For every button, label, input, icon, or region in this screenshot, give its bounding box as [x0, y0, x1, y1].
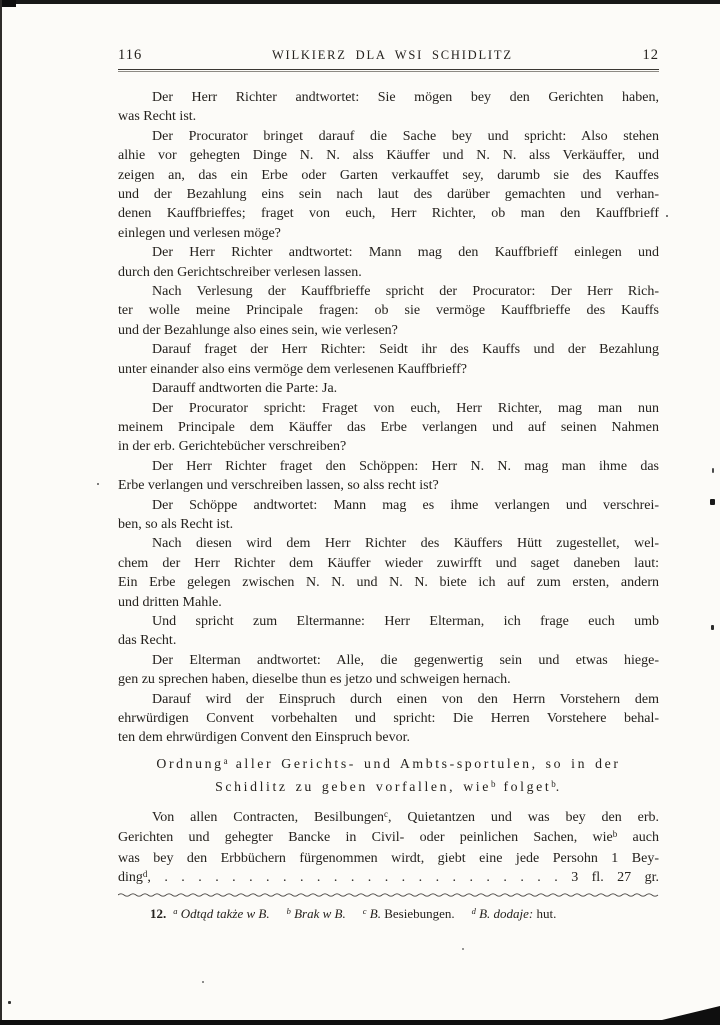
footnote-marker: a — [173, 906, 177, 916]
text-line: Der Procurator bringet darauf die Sache … — [118, 127, 659, 146]
footnote-marker: d — [472, 906, 476, 916]
text-line: dingd, . . . . . . . . . . . . . . . . .… — [118, 868, 659, 888]
scan-speck — [97, 483, 99, 485]
text-line: chem der Herr Richter dem Käuffer wieder… — [118, 554, 659, 573]
header-rule — [118, 69, 659, 72]
scan-edge-left — [0, 0, 2, 1025]
text-line: das Recht. — [118, 631, 659, 650]
page-header: 116 WILKIERZ DLA WSI SCHIDLITZ 12 — [118, 47, 659, 64]
footnote-item: d B. dodaje: hut. — [472, 906, 557, 921]
text-line: Der Herr Richter andtwortet: Sie mögen b… — [118, 88, 659, 107]
text-line: Erbe verlangen und verschreiben lassen, … — [118, 476, 659, 495]
text-line: Gerichten und gehegter Bancke in Civil- … — [118, 828, 659, 848]
paragraph: Darauff andtworten die Parte: Ja. — [118, 379, 659, 398]
page-number-left: 116 — [118, 47, 142, 64]
footnote-marker: d — [143, 869, 148, 879]
footnote-marker: b — [491, 779, 496, 789]
paragraph: Der Herr Richter andtwortet: Mann mag de… — [118, 243, 659, 282]
text-line: Der Schöppe andtwortet: Mann mag es ihme… — [118, 496, 659, 515]
footnote-items: a Odtąd także w B.b Brak w B.c B. Besieb… — [173, 906, 573, 921]
footnote-item: c B. Besiebungen. — [363, 906, 455, 921]
text-line: was Recht ist. — [118, 107, 659, 126]
text-line: Nach Verlesung der Kauffbrieffe spricht … — [118, 282, 659, 301]
text-line: ben, so als Recht ist. — [118, 515, 659, 534]
text-line: Darauf fraget der Herr Richter: Seidt ih… — [118, 340, 659, 359]
scan-speck — [711, 625, 714, 630]
footnote-marker: b — [287, 906, 291, 916]
scan-corner-wedge — [662, 1006, 720, 1020]
text-line: und der Bezahlunge also eines sein, wie … — [118, 321, 659, 340]
footnote-item: b Brak w B. — [287, 906, 346, 921]
footnote-marker: b — [551, 779, 556, 789]
text-line: Der Herr Richter andtwortet: Mann mag de… — [118, 243, 659, 262]
text-line: ten dem ehrwürdigen Convent den Einspruc… — [118, 728, 659, 747]
footnote-marker: b — [613, 829, 618, 839]
footnote-marker: a — [224, 756, 228, 766]
text-line: Der Herr Richter fraget den Schöppen: He… — [118, 457, 659, 476]
text-line: Der Elterman andtwortet: Alle, die gegen… — [118, 651, 659, 670]
text-line: gen zu sprechen haben, dieselbe thun es … — [118, 670, 659, 689]
text-line: Von allen Contracten, Besilbungenc, Quie… — [118, 808, 659, 828]
paragraph: Der Herr Richter andtwortet: Sie mögen b… — [118, 88, 659, 127]
paragraph: Der Schöppe andtwortet: Mann mag es ihme… — [118, 496, 659, 535]
scan-speck — [710, 499, 715, 505]
text-line: was bey den Erbbüchern fürgenommen wirdt… — [118, 849, 659, 868]
footnote-marker: c — [384, 809, 388, 819]
paragraph: Der Procurator spricht: Fraget von euch,… — [118, 399, 659, 457]
text-line: und dritten Mahle. — [118, 593, 659, 612]
paragraph: Der Procurator bringet darauf die Sache … — [118, 127, 659, 243]
paragraph: Nach diesen wird dem Herr Richter des Kä… — [118, 534, 659, 612]
text-line: und der Bezahlung eins sein nach laut de… — [118, 185, 659, 204]
footnote-number: 12. — [150, 906, 166, 921]
scan-corner-mark — [0, 0, 16, 7]
footnote-marker: c — [363, 906, 367, 916]
footnote-item: a Odtąd także w B. — [173, 906, 269, 921]
page-content: 116 WILKIERZ DLA WSI SCHIDLITZ 12 Der He… — [118, 0, 659, 924]
text-line: durch den Gerichtschreiber verlesen lass… — [118, 263, 659, 282]
body-text: Der Herr Richter andtwortet: Sie mögen b… — [118, 88, 659, 748]
running-title: WILKIERZ DLA WSI SCHIDLITZ — [272, 48, 513, 63]
scan-speck — [462, 948, 464, 950]
paragraph: Der Herr Richter fraget den Schöppen: He… — [118, 457, 659, 496]
footnote-separator-rule — [118, 892, 659, 898]
paragraph: Nach Verlesung der Kauffbrieffe spricht … — [118, 282, 659, 340]
scan-edge-bottom — [0, 1020, 720, 1025]
footnote: 12.a Odtąd także w B.b Brak w B.c B. Bes… — [150, 905, 659, 924]
text-line: einlegen und verlesen möge? — [118, 224, 659, 243]
text-line: unter einander also eins vermöge dem ver… — [118, 360, 659, 379]
scan-speck — [712, 468, 714, 473]
text-line: Ordnunga aller Gerichts- und Ambts-sport… — [118, 753, 659, 776]
text-line: alhie vor gehegten Dinge N. N. alss Käuf… — [118, 146, 659, 165]
text-line: Schidlitz zu geben vorfallen, wieb folge… — [118, 776, 659, 799]
text-line: Darauf wird der Einspruch durch einen vo… — [118, 690, 659, 709]
scan-speck — [8, 1001, 11, 1004]
text-line: Darauff andtworten die Parte: Ja. — [118, 379, 659, 398]
paragraph: Und spricht zum Eltermanne: Herr Elterma… — [118, 612, 659, 651]
text-line: Und spricht zum Eltermanne: Herr Elterma… — [118, 612, 659, 631]
text-line: meinem Principale dem Käuffer das Erbe v… — [118, 418, 659, 437]
scan-speck — [666, 215, 668, 217]
paragraph: Darauf wird der Einspruch durch einen vo… — [118, 690, 659, 748]
text-line: in der erb. Gerichtebücher verschreiben? — [118, 437, 659, 456]
text-line: Der Procurator spricht: Fraget von euch,… — [118, 399, 659, 418]
paragraph: Darauf fraget der Herr Richter: Seidt ih… — [118, 340, 659, 379]
text-line: Ein Erbe gelegen zwischen N. N. und N. N… — [118, 573, 659, 592]
text-line: denen Kauffbrieffes; fraget von euch, He… — [118, 204, 659, 223]
paragraph: Der Elterman andtwortet: Alle, die gegen… — [118, 651, 659, 690]
page-number-right: 12 — [643, 47, 660, 64]
scanned-page: 116 WILKIERZ DLA WSI SCHIDLITZ 12 Der He… — [0, 0, 720, 1025]
tariff-paragraph: Von allen Contracten, Besilbungenc, Quie… — [118, 808, 659, 889]
text-line: Nach diesen wird dem Herr Richter des Kä… — [118, 534, 659, 553]
text-line: ter wolle meine Principale fragen: ob si… — [118, 301, 659, 320]
text-line: zeigen an, das ein Erbe oder Garten verk… — [118, 166, 659, 185]
text-line: ehrwürdigen Convent vorbehalten und spri… — [118, 709, 659, 728]
scan-speck — [202, 981, 204, 983]
section-heading: Ordnunga aller Gerichts- und Ambts-sport… — [118, 753, 659, 799]
